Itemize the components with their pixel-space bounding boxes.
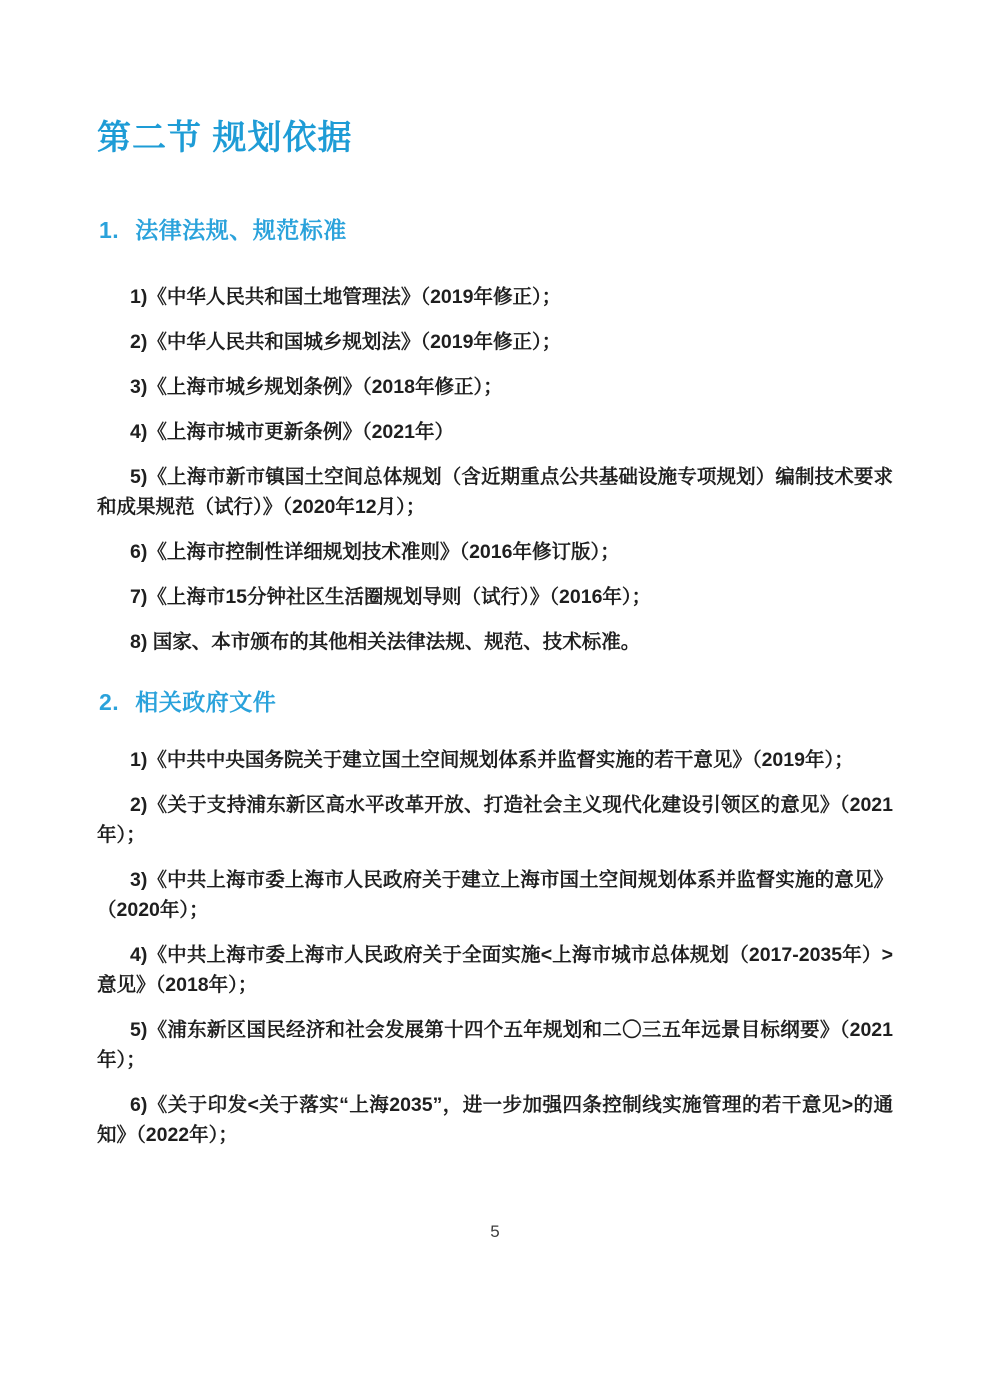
section-title: 法律法规、规范标准: [135, 217, 347, 243]
section-heading: 1.法律法规、规范标准: [99, 215, 893, 245]
page-number: 5: [0, 1222, 990, 1242]
document-page: 第二节 规划依据 1.法律法规、规范标准 1)《中华人民共和国土地管理法》（20…: [0, 0, 990, 1400]
section-heading: 2.相关政府文件: [99, 687, 893, 717]
list-item: 3)《中共上海市委上海市人民政府关于建立上海市国土空间规划体系并监督实施的意见》…: [97, 865, 893, 925]
list-item: 4)《中共上海市委上海市人民政府关于全面实施<上海市城市总体规划（2017-20…: [97, 940, 893, 1000]
page-title: 第二节 规划依据: [97, 118, 893, 158]
section-title: 相关政府文件: [135, 689, 276, 715]
section-government-documents: 2.相关政府文件 1)《中共中央国务院关于建立国土空间规划体系并监督实施的若干意…: [97, 687, 893, 1150]
list-item: 5)《上海市新市镇国土空间总体规划（含近期重点公共基础设施专项规划）编制技术要求…: [97, 462, 893, 522]
section-laws-regulations: 1.法律法规、规范标准 1)《中华人民共和国土地管理法》（2019年修正）； 2…: [97, 215, 893, 657]
list-item: 3)《上海市城乡规划条例》（2018年修正）；: [97, 372, 893, 402]
list-item: 4)《上海市城市更新条例》（2021年）: [97, 417, 893, 447]
section-number: 2.: [99, 687, 119, 717]
list-item: 1)《中华人民共和国土地管理法》（2019年修正）；: [97, 282, 893, 312]
section-number: 1.: [99, 215, 119, 245]
list-item: 1)《中共中央国务院关于建立国土空间规划体系并监督实施的若干意见》（2019年）…: [97, 745, 893, 775]
list-item: 6)《上海市控制性详细规划技术准则》（2016年修订版）；: [97, 537, 893, 567]
list-item: 2)《关于支持浦东新区高水平改革开放、打造社会主义现代化建设引领区的意见》（20…: [97, 790, 893, 850]
list-item: 2)《中华人民共和国城乡规划法》（2019年修正）；: [97, 327, 893, 357]
list-item: 8) 国家、本市颁布的其他相关法律法规、规范、技术标准。: [97, 627, 893, 657]
list-item: 7)《上海市15分钟社区生活圈规划导则（试行）》（2016年）；: [97, 582, 893, 612]
list-item: 6)《关于印发<关于落实“上海2035”，进一步加强四条控制线实施管理的若干意见…: [97, 1090, 893, 1150]
list-item: 5)《浦东新区国民经济和社会发展第十四个五年规划和二〇三五年远景目标纲要》（20…: [97, 1015, 893, 1075]
